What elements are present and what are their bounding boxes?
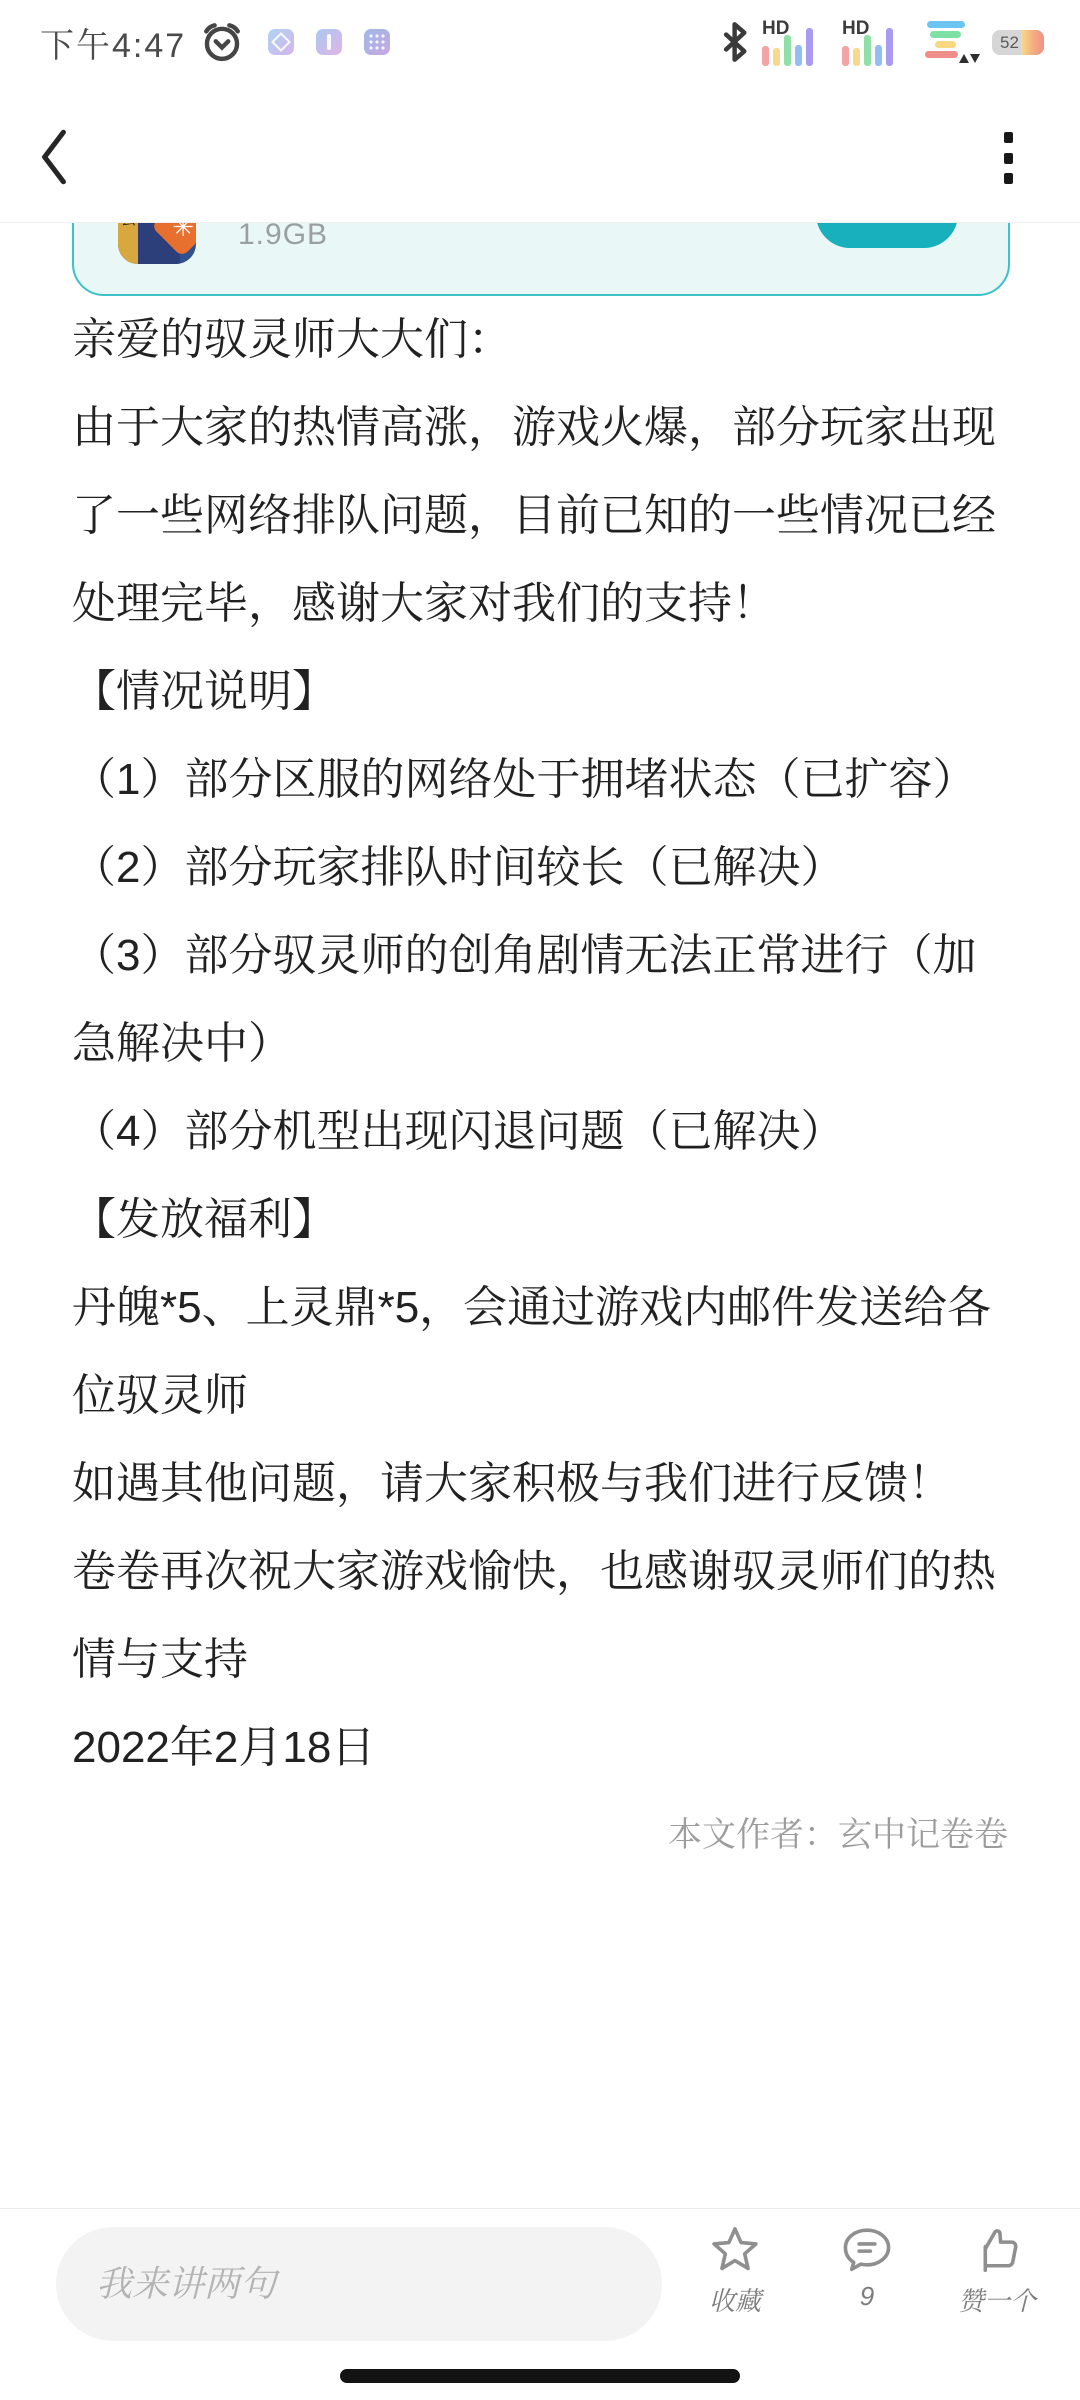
section-title-benefit: 【发放福利】	[72, 1176, 1008, 1264]
article-author: 本文作者：玄中记卷卷	[72, 1808, 1008, 1862]
benefit-body: 丹魄*5、上灵鼎*5，会通过游戏内邮件发送给各位驭灵师	[72, 1264, 1008, 1440]
more-menu-icon	[1004, 153, 1013, 164]
sim2-signal-icon: HD	[842, 18, 908, 66]
signal-bars-icon	[842, 28, 893, 66]
home-indicator[interactable]	[340, 2369, 740, 2383]
article-greeting: 亲爱的驭灵师大大们：	[72, 296, 1008, 384]
feedback-line: 如遇其他问题，请大家积极与我们进行反馈！	[72, 1440, 1008, 1528]
notification-app-icon	[364, 29, 390, 55]
bottom-bar: 收藏 9 赞一个	[0, 2208, 1080, 2400]
comments-button[interactable]: 9	[822, 2223, 912, 2312]
favorite-label: 收藏	[690, 2281, 780, 2318]
article-date: 2022年2月18日	[72, 1704, 1008, 1792]
situation-item: （1）部分区服的网络处于拥堵状态（已扩容）	[72, 736, 1008, 824]
nav-bar	[0, 80, 1080, 222]
bluetooth-icon	[722, 21, 748, 63]
like-label: 赞一个	[952, 2281, 1042, 2318]
situation-item: （3）部分驭灵师的创角剧情无法正常进行（加急解决中）	[72, 912, 1008, 1088]
like-button[interactable]: 赞一个	[952, 2223, 1042, 2318]
favorite-button[interactable]: 收藏	[690, 2223, 780, 2318]
status-bar: 下午4:47	[40, 16, 1044, 68]
notification-app-icon	[268, 29, 294, 55]
star-icon	[708, 2223, 762, 2277]
section-title-situation: 【情况说明】	[72, 648, 1008, 736]
comment-input[interactable]	[56, 2227, 662, 2341]
status-bar-left: 下午4:47	[40, 18, 390, 67]
comment-count: 9	[822, 2281, 912, 2312]
more-menu-icon	[1004, 173, 1013, 184]
signal-bars-icon	[762, 28, 813, 66]
situation-item: （2）部分玩家排队时间较长（已解决）	[72, 824, 1008, 912]
more-menu-button[interactable]	[1002, 132, 1014, 184]
back-icon	[36, 128, 72, 186]
battery-icon: 52	[992, 30, 1044, 55]
situation-item: （4）部分机型出现闪退问题（已解决）	[72, 1088, 1008, 1176]
clock-time: 下午4:47	[40, 18, 186, 67]
app-size: 1.9GB	[238, 218, 328, 252]
sim1-signal-icon: HD	[762, 18, 828, 66]
status-bar-right: HD HD	[722, 18, 1044, 66]
data-arrows-icon	[959, 54, 980, 63]
comment-bubble-icon	[840, 2223, 894, 2277]
comment-input-pill[interactable]	[56, 2227, 662, 2341]
back-button[interactable]	[36, 128, 72, 186]
battery-percent: 52	[1000, 30, 1019, 55]
article-intro: 由于大家的热情高涨，游戏火爆，部分玩家出现了一些网络排队问题，目前已知的一些情况…	[72, 384, 1008, 648]
thanks-line: 卷卷再次祝大家游戏愉快，也感谢驭灵师们的热情与支持	[72, 1528, 1008, 1704]
screen: 下午4:47	[0, 0, 1080, 2400]
notification-app-icon	[316, 29, 342, 55]
battery-fill	[1021, 30, 1044, 55]
more-menu-icon	[1004, 132, 1013, 143]
alarm-icon	[200, 20, 244, 64]
header: 下午4:47	[0, 0, 1080, 223]
network-traffic-icon	[922, 21, 978, 63]
notification-icons	[268, 29, 390, 55]
article-body: 亲爱的驭灵师大大们： 由于大家的热情高涨，游戏火爆，部分玩家出现了一些网络排队问…	[72, 296, 1008, 1862]
thumbs-up-icon	[970, 2223, 1024, 2277]
